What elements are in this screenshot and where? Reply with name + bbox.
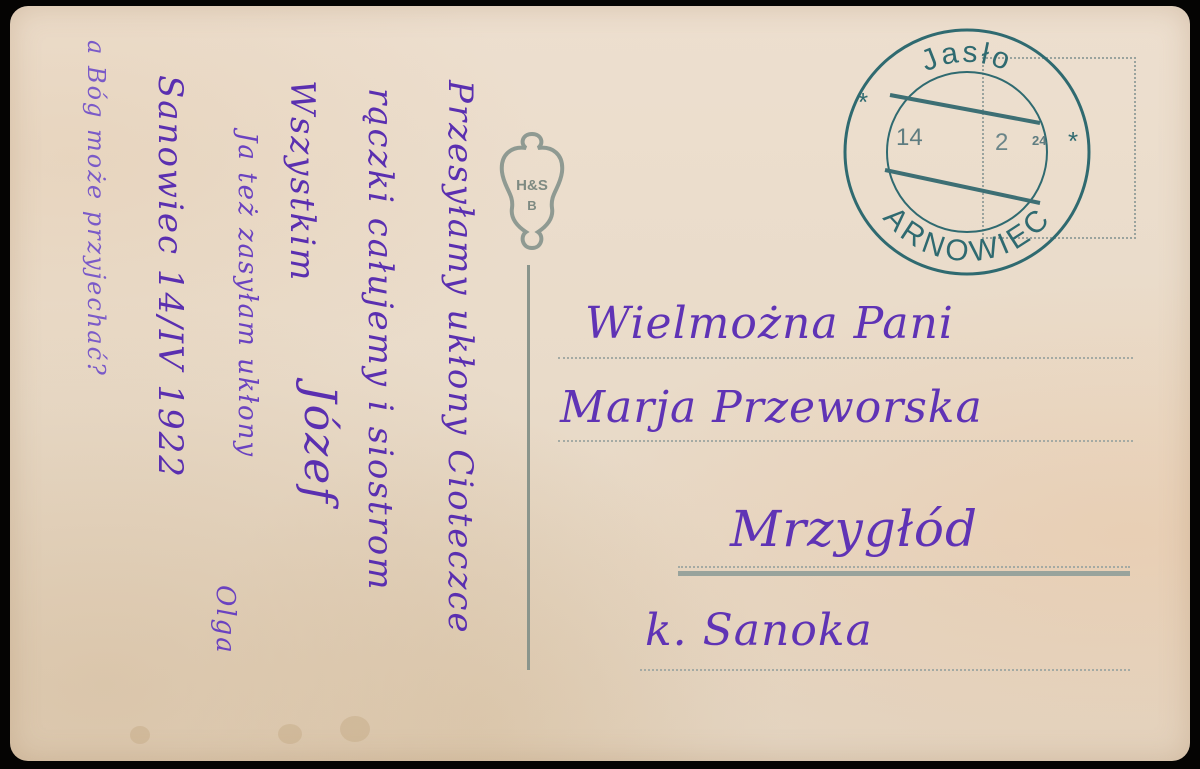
center-divider bbox=[527, 265, 530, 670]
signature-main: Józef bbox=[294, 385, 345, 505]
address-town: Mrzygłód bbox=[730, 500, 978, 558]
message-column-6: a Bóg może przyjechać? bbox=[82, 40, 110, 377]
postmark-star-left: * bbox=[858, 87, 868, 117]
address-line-3-solid bbox=[678, 571, 1130, 576]
stain bbox=[340, 716, 370, 742]
address-line-1 bbox=[558, 357, 1133, 359]
address-district: k. Sanoka bbox=[645, 605, 873, 656]
address-line-2 bbox=[558, 440, 1133, 442]
address-salutation: Wielmożna Pani bbox=[585, 298, 954, 349]
svg-text:ARNOWIEC: ARNOWIEC bbox=[877, 201, 1058, 269]
stain bbox=[130, 726, 150, 744]
message-column-2: rączki całujemy i siostrom bbox=[360, 88, 400, 591]
publisher-logo: H&S B bbox=[492, 128, 572, 253]
postmark-bottom-text: ARNOWIEC bbox=[877, 201, 1058, 269]
logo-line2: B bbox=[527, 198, 536, 213]
postmark-partial: 2 bbox=[995, 129, 1008, 156]
message-column-4: Ja też zasyłam ukłony bbox=[232, 132, 262, 458]
postmark-day: 14 bbox=[896, 124, 923, 151]
address-line-4 bbox=[640, 669, 1130, 671]
stain bbox=[278, 724, 302, 744]
postmark-serial: 24 bbox=[1032, 133, 1047, 148]
signature-second: Olga bbox=[210, 585, 240, 655]
message-column-3: Wszystkim bbox=[282, 80, 322, 282]
message-column-1: Przesyłamy ukłony Cioteczce bbox=[440, 80, 480, 635]
message-column-5: Sanowiec 14/IV 1922 bbox=[150, 75, 190, 479]
postmark-star-right: * bbox=[1068, 126, 1078, 156]
logo-line1: H&S bbox=[516, 177, 548, 194]
address-line-3-dotted bbox=[678, 566, 1130, 568]
address-recipient: Marja Przeworska bbox=[560, 382, 983, 433]
postmark: Jasło ARNOWIEC * * 14 2 24 bbox=[840, 25, 1095, 280]
